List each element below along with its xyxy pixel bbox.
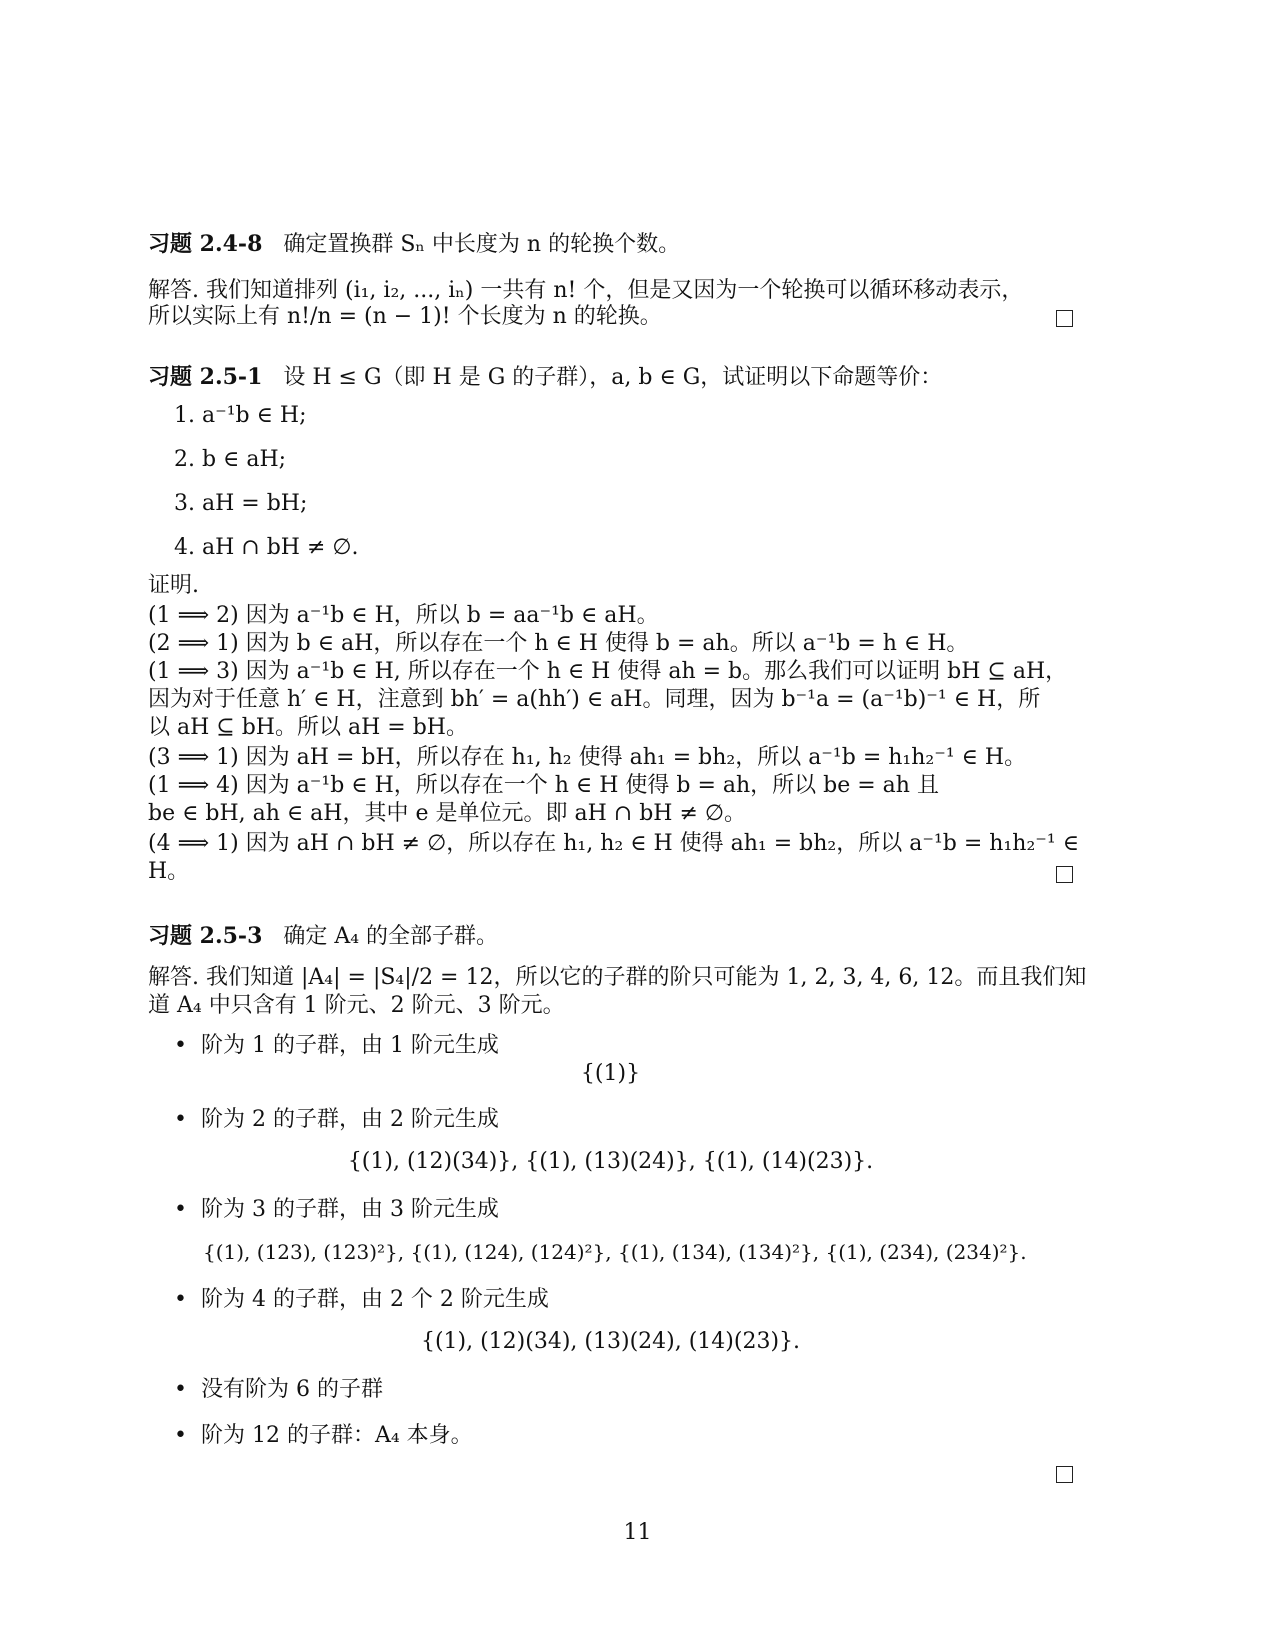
solution-label: 解答. [148,965,199,990]
solution-label: 解答. [148,278,199,303]
exercise-label: 习题 2.5-1 [148,364,262,390]
exercise-heading: 习题 2.4-8 确定置换群 Sₙ 中长度为 n 的轮换个数。 [148,230,680,259]
exercise-label: 习题 2.4-8 [148,231,262,257]
bullet-text: 阶为 3 的子群，由 3 阶元生成 [201,1197,499,1222]
proof-line: (4 ⟹ 1) 因为 aH ∩ bH ≠ ∅，所以存在 h₁, h₂ ∈ H 使… [148,830,1079,858]
formula: {(1), (12)(34)}, {(1), (13)(24)}, {(1), … [148,1148,1073,1176]
qed-symbol [1056,310,1073,327]
solution-line: 所以实际上有 n!/n = (n − 1)! 个长度为 n 的轮换。 [148,303,662,331]
qed-symbol [1056,866,1073,883]
proof-line: (2 ⟹ 1) 因为 b ∈ aH，所以存在一个 h ∈ H 使得 b = ah… [148,630,968,658]
proof-line: 以 aH ⊆ bH。所以 aH = bH。 [148,714,468,742]
exercise-heading: 习题 2.5-1 设 H ≤ G（即 H 是 G 的子群），a, b ∈ G，试… [148,363,942,392]
bullet-text: 阶为 2 的子群，由 2 阶元生成 [201,1107,499,1132]
solution-text: 所以实际上有 n!/n = (n − 1)! 个长度为 n 的轮换。 [148,304,662,329]
bullet-item: • 没有阶为 6 的子群 [174,1376,383,1404]
exercise-statement: 确定 A₄ 的全部子群。 [283,924,498,949]
solution-line: 解答. 我们知道 |A₄| = |S₄|/2 = 12，所以它的子群的阶只可能为… [148,964,1086,992]
enum-item: 3. aH = bH; [174,490,307,518]
proof-line: (1 ⟹ 4) 因为 a⁻¹b ∈ H，所以存在一个 h ∈ H 使得 b = … [148,772,939,800]
exercise-statement: 设 H ≤ G（即 H 是 G 的子群），a, b ∈ G，试证明以下命题等价： [283,365,942,390]
formula: {(1), (12)(34), (13)(24), (14)(23)}. [148,1328,1073,1356]
bullet-item: • 阶为 2 的子群，由 2 阶元生成 [174,1106,499,1134]
enum-item: 1. a⁻¹b ∈ H; [174,402,306,430]
solution-text: 我们知道排列 (i₁, i₂, ..., iₙ) 一共有 n! 个，但是又因为一… [206,278,1023,303]
proof-label: 证明. [148,572,199,600]
proof-line: (3 ⟹ 1) 因为 aH = bH，所以存在 h₁, h₂ 使得 ah₁ = … [148,744,1026,772]
formula: {(1), (123), (123)²}, {(1), (124), (124)… [203,1238,1027,1266]
proof-line: (1 ⟹ 2) 因为 a⁻¹b ∈ H，所以 b = aa⁻¹b ∈ aH。 [148,602,659,630]
proof-line: (1 ⟹ 3) 因为 a⁻¹b ∈ H, 所以存在一个 h ∈ H 使得 ah … [148,658,1067,686]
solution-text: 我们知道 |A₄| = |S₄|/2 = 12，所以它的子群的阶只可能为 1, … [206,965,1086,990]
bullet-text: 阶为 1 的子群，由 1 阶元生成 [201,1033,499,1058]
bullet-text: 阶为 12 的子群：A₄ 本身。 [201,1423,473,1448]
proof-line: 因为对于任意 h′ ∈ H，注意到 bh′ = a(hh′) ∈ aH。同理，因… [148,686,1040,714]
solution-line: 解答. 我们知道排列 (i₁, i₂, ..., iₙ) 一共有 n! 个，但是… [148,277,1023,305]
bullet-text: 没有阶为 6 的子群 [201,1377,383,1402]
formula: {(1)} [148,1060,1073,1088]
solution-line: 道 A₄ 中只含有 1 阶元、2 阶元、3 阶元。 [148,992,565,1020]
proof-line: H。 [148,858,189,886]
enum-item: 4. aH ∩ bH ≠ ∅. [174,534,359,562]
exercise-statement: 确定置换群 Sₙ 中长度为 n 的轮换个数。 [283,232,680,257]
qed-symbol [1056,1466,1073,1483]
bullet-item: • 阶为 3 的子群，由 3 阶元生成 [174,1196,499,1224]
exercise-label: 习题 2.5-3 [148,923,262,949]
bullet-item: • 阶为 12 的子群：A₄ 本身。 [174,1422,473,1450]
bullet-item: • 阶为 1 的子群，由 1 阶元生成 [174,1032,499,1060]
bullet-item: • 阶为 4 的子群，由 2 个 2 阶元生成 [174,1286,549,1314]
enum-item: 2. b ∈ aH; [174,446,286,474]
exercise-heading: 习题 2.5-3 确定 A₄ 的全部子群。 [148,922,498,951]
bullet-text: 阶为 4 的子群，由 2 个 2 阶元生成 [201,1287,549,1312]
page-number: 11 [0,1520,1275,1545]
proof-line: be ∈ bH, ah ∈ aH，其中 e 是单位元。即 aH ∩ bH ≠ ∅… [148,800,746,828]
